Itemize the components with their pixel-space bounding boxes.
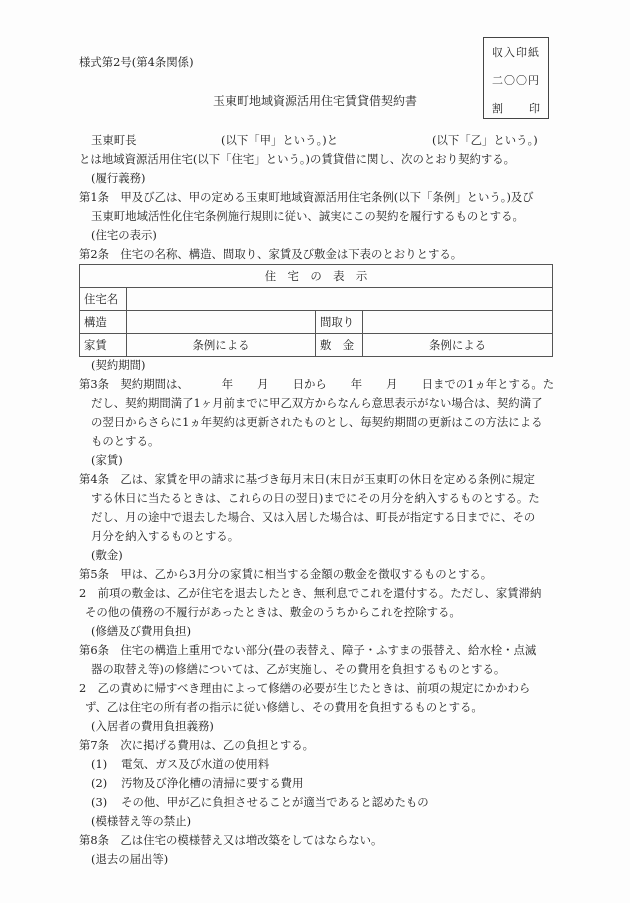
item-text: その他、甲が乙に負担させることが適当であると認めたもの [121, 795, 429, 809]
article-3-text-cont: ものとする。 [91, 432, 159, 451]
article-7-item-2: (2)汚物及び浄化槽の清掃に要する費用 [91, 774, 303, 793]
end-year: 年 [351, 377, 362, 391]
item-number: (1) [91, 757, 107, 771]
article-6-text: 第6条 住宅の構造上重用でない部分(畳の表替え、障子・ふすまの張替え、給水栓・点… [79, 641, 536, 660]
article-6-para-2: 2 乙の責めに帰すべき理由によって修繕の必要が生じたときは、前項の規定にかかわら [79, 679, 530, 698]
house-name-label: 住宅名 [80, 288, 127, 311]
item-text: 汚物及び浄化槽の清掃に要する費用 [121, 776, 303, 790]
deposit-label: 敷 金 [316, 334, 363, 357]
stamp-amount: 二〇〇円 [484, 72, 548, 88]
article-8-text: 第8条 乙は住宅の模様替え又は増改築をしてはならない。 [79, 831, 382, 850]
layout-value[interactable] [363, 311, 553, 334]
article-4-text: 第4条 乙は、家賃を甲の請求に基づき毎月末日(末日が玉東町の休日を定める条例に規… [79, 470, 535, 489]
stamp-seal-right: 印 [529, 100, 540, 116]
party-a-definition: (以下「甲」という。)と [221, 131, 338, 150]
rent-label: 家賃 [80, 334, 127, 357]
article-5-heading: (敷金) [91, 546, 123, 565]
article-9-heading: (退去の届出等) [91, 850, 168, 869]
end-month: 月 [386, 377, 397, 391]
article-8-heading: (模様替え等の禁止) [91, 812, 191, 831]
article-4-text-cont: 月分を納入するものとする。 [91, 527, 239, 546]
stamp-label: 収入印紙 [484, 44, 548, 60]
article-1-heading: (履行義務) [91, 169, 145, 188]
article-6-para-2-cont: ず、乙は住宅の所有者の指示に従い修繕し、その費用を負担するものとする。 [85, 698, 483, 717]
article-3-text-cont: だし、契約期間満了1ヶ月前までに甲乙双方からなんら意思表示がない場合は、契約満了 [91, 394, 542, 413]
table-title: 住 宅 の 表 示 [80, 265, 553, 288]
article-6-text-cont: 器の取替え等)の修繕については、乙が実施し、その費用を負担するものとする。 [91, 660, 505, 679]
house-name-value[interactable] [127, 288, 553, 311]
article-3-lead: 第3条 契約期間は、 [79, 377, 189, 391]
article-5-text: 第5条 甲は、乙から3月分の家賃に相当する金額の敷金を徴収するものとする。 [79, 565, 492, 584]
item-number: (2) [91, 776, 107, 790]
article-4-heading: (家賃) [91, 451, 123, 470]
article-5-para-2-cont: その他の債務の不履行があったときは、敷金のうちからこれを控除する。 [85, 603, 461, 622]
deposit-value: 条例による [363, 334, 553, 357]
structure-label: 構造 [80, 311, 127, 334]
layout-label: 間取り [316, 311, 363, 334]
start-year: 年 [222, 377, 233, 391]
article-5-para-2: 2 前項の敷金は、乙が住宅を退去したとき、無利息でこれを還付する。ただし、家賃滞… [79, 584, 541, 603]
article-1-text: 第1条 甲及び乙は、甲の定める玉東町地域資源活用住宅条例(以下「条例」という。)… [79, 188, 534, 207]
housing-details-table: 住 宅 の 表 示 住宅名 構造 間取り 家賃 条例による 敷 金 条例による [79, 264, 553, 357]
article-7-text: 第7条 次に掲げる費用は、乙の負担とする。 [79, 736, 314, 755]
item-number: (3) [91, 795, 107, 809]
article-1-text-cont: 玉東町地域活性化住宅条例施行規則に従い、誠実にこの契約を履行するものとする。 [91, 207, 524, 226]
form-number: 様式第2号(第4条関係) [79, 54, 194, 70]
end-day: 日までの1ヵ年とする。た [422, 377, 555, 391]
article-4-text-cont: だし、月の途中で退去した場合、又は入居した場合は、町長が指定する日までに、その [91, 508, 535, 527]
article-3-heading: (契約期間) [91, 356, 145, 375]
stamp-seal-row: 割 印 [492, 100, 540, 116]
article-3-text-cont: の翌日からさらに1ヵ年契約は更新されたものとし、毎契約期間の更新はこの方法による [91, 413, 542, 432]
start-day: 日から [293, 377, 327, 391]
article-7-item-3: (3)その他、甲が乙に負担させることが適当であると認めたもの [91, 793, 429, 812]
article-7-heading: (入居者の費用負担義務) [91, 717, 214, 736]
party-b-definition: (以下「乙」という。) [432, 131, 538, 150]
preamble-text: とは地域資源活用住宅(以下「住宅」という。)の賃貸借に関し、次のとおり契約する。 [79, 150, 515, 169]
revenue-stamp-box: 収入印紙 二〇〇円 割 印 [483, 37, 549, 119]
article-7-item-1: (1)電気、ガス及び水道の使用料 [91, 755, 269, 774]
party-a-name: 玉東町長 [91, 131, 137, 150]
start-month: 月 [257, 377, 268, 391]
document-title: 玉東町地域資源活用住宅賃貸借契約書 [213, 92, 417, 109]
article-4-text-cont: する休日に当たるときは、これらの日の翌日)までにその月分を納入するものとする。た [91, 489, 540, 508]
structure-value[interactable] [127, 311, 316, 334]
article-3-text: 第3条 契約期間は、年月日から年月日までの1ヵ年とする。た [79, 375, 554, 394]
article-2-heading: (住宅の表示) [91, 226, 157, 245]
item-text: 電気、ガス及び水道の使用料 [121, 757, 269, 771]
article-2-text: 第2条 住宅の名称、構造、間取り、家賃及び敷金は下表のとおりとする。 [79, 245, 462, 264]
stamp-seal-left: 割 [492, 100, 503, 116]
article-6-heading: (修繕及び費用負担) [91, 622, 191, 641]
rent-value: 条例による [127, 334, 316, 357]
